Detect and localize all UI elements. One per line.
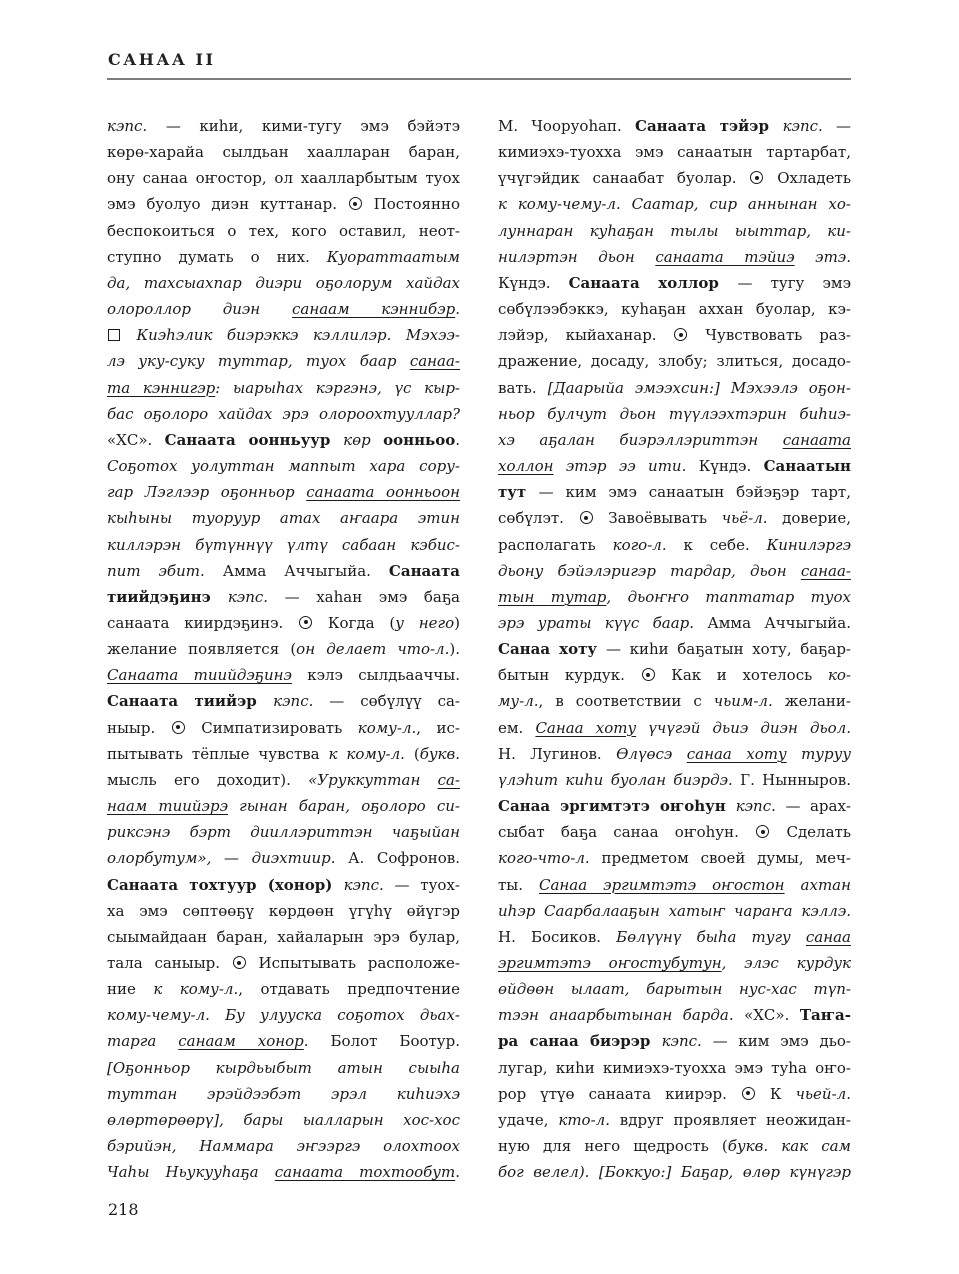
- circled-dot-icon: [349, 197, 362, 210]
- text-span: .: [455, 431, 460, 449]
- page-title: САНАА II: [108, 50, 215, 69]
- text-span: пытывать тёплые чувства: [107, 745, 329, 763]
- dictionary-page: САНАА II кэпс. — киһи, кими-тугу эмэ бэй…: [0, 0, 959, 1274]
- text-line: удаче, кто-л. вдруг проявляет неожидан-: [498, 1107, 851, 1133]
- text-span: вдруг проявляет неожидан-: [610, 1111, 851, 1129]
- text-line: лугар, киһи кимиэхэ-туохха эмэ туһа оҥо-: [498, 1055, 851, 1081]
- text-span: олорбутум», — диэхтиир.: [107, 849, 348, 867]
- text-span: Таҥа-: [800, 1006, 851, 1024]
- text-span: санаа хоту: [687, 745, 787, 763]
- text-span: чьё-л.: [722, 509, 768, 527]
- text-span: санаам кэннибэр: [292, 300, 455, 318]
- text-line: ты. Санаа эргимтэтэ оҥостон ахтан: [498, 872, 851, 898]
- square-icon: [108, 329, 120, 341]
- text-line: кимиэхэ-туохха эмэ санаатын тартарбат,: [498, 139, 851, 165]
- text-span: кыһыны туоруур атах аҥаара этин: [107, 509, 460, 527]
- text-line: бог велел). [Боккуо:] Баҕар, өлөр күнүгэ…: [498, 1159, 851, 1185]
- text-line: Чаһы Ньукууһаҕа санаата тохтообут.: [107, 1159, 460, 1185]
- text-line: сөбүлээбэккэ, куһаҕан аххан буолар, кэ-: [498, 296, 851, 322]
- text-span: мысль его доходит).: [107, 771, 308, 789]
- circled-dot-icon: [642, 668, 655, 681]
- text-span: Амма Аччыгыйа.: [707, 614, 851, 632]
- text-line: үлэһит киһи буолан биэрдэ. Г. Нынныров.: [498, 767, 851, 793]
- text-span: ступно думать о них.: [107, 248, 327, 266]
- text-span: кэпс.: [273, 692, 329, 710]
- text-span: Санаата тиийдэҕинэ: [107, 666, 292, 684]
- text-span: бас оҕолоро хайдах эрэ олороохтууллар?: [107, 405, 460, 423]
- text-line: тын тутар, дьоҥҥо таптатар туох: [498, 584, 851, 610]
- text-span: Санаата оонньуур: [165, 431, 344, 449]
- text-span: Сделать: [770, 823, 851, 841]
- text-span: чьим-л.: [714, 692, 773, 710]
- text-span: Когда (: [313, 614, 395, 632]
- text-line: эрэ ураты күүс баар. Амма Аччыгыйа.: [498, 610, 851, 636]
- text-span: кэлэ сылдьааччы.: [292, 666, 460, 684]
- text-span: к себе.: [667, 536, 767, 554]
- text-span: Санаа хоту: [535, 719, 636, 737]
- text-span: бэрийэн, Наммара эҥээргэ олохтоох: [107, 1137, 460, 1155]
- text-span: , в соответствии с: [539, 692, 714, 710]
- circled-dot-icon: [742, 1087, 755, 1100]
- text-line: лэйэр, кыйаханар. Чувствовать раз-: [498, 322, 851, 348]
- running-header: САНАА II: [107, 46, 851, 78]
- text-span: Санаата: [389, 562, 460, 580]
- text-span: Чаһы Ньукууһаҕа: [107, 1163, 275, 1181]
- circled-dot-icon: [750, 171, 763, 184]
- text-span: кого-л.: [613, 536, 667, 554]
- text-span: . Болот Боотур.: [304, 1032, 460, 1050]
- text-span: олороллор диэн: [107, 300, 292, 318]
- circled-dot-icon: [172, 721, 185, 734]
- text-span: букв. как сам: [728, 1137, 851, 1155]
- text-span: желани-: [773, 692, 851, 710]
- text-span: Санаата холлор: [569, 274, 738, 292]
- text-span: тала саныыр.: [107, 954, 232, 972]
- text-line: к кому-чему-л. Саатар, сир аннынан хо-: [498, 191, 851, 217]
- text-span: кому-чему-л. Бу улууска соҕотох дьах-: [107, 1006, 460, 1024]
- text-span: кэпс.: [228, 588, 285, 606]
- text-line: мысль его доходит). «Уруккуттан са-: [107, 767, 460, 793]
- text-span: Амма Аччыгыйа.: [223, 562, 389, 580]
- text-span: бог велел). [Боккуо:] Баҕар, өлөр күнүгэ…: [498, 1163, 851, 1181]
- text-span: Охладеть: [764, 169, 851, 187]
- text-span: этэ.: [795, 248, 851, 266]
- text-line: пит эбит. Амма Аччыгыйа. Санаата: [107, 558, 460, 584]
- text-span: Киэһэлик биэрэккэ кэллилэр. Мэхээ-: [122, 326, 460, 344]
- text-span: киллэрэн бүтүннүү үлтү сабаан кэбис-: [107, 536, 460, 554]
- text-span: кто-л.: [558, 1111, 610, 1129]
- circled-dot-icon: [233, 956, 246, 969]
- page-number: 218: [107, 1200, 851, 1219]
- text-line: бэрийэн, Наммара эҥээргэ олохтоох: [107, 1133, 460, 1159]
- text-span: , элэс курдук: [722, 954, 851, 972]
- text-span: дражение, досаду, злобу; злиться, досадо…: [498, 352, 851, 370]
- text-span: вать.: [498, 379, 548, 397]
- text-span: санаа-: [410, 352, 460, 370]
- text-columns: кэпс. — киһи, кими-тугу эмэ бэйэтэкөрө-х…: [107, 113, 851, 1185]
- text-line: холлон этэр ээ ити. Күндэ. Санаатын: [498, 453, 851, 479]
- text-span: му-л.: [498, 692, 539, 710]
- text-line: гар Лэглээр оҕонньор санаата оонньоон: [107, 479, 460, 505]
- text-span: —: [836, 117, 851, 135]
- text-span: : ыарыһах кэргэнэ, үс кыр-: [215, 379, 460, 397]
- text-span: үлэһит киһи буолан биэрдэ.: [498, 771, 740, 789]
- text-line: тиийдэҕинэ кэпс. — хаһан эмэ баҕа: [107, 584, 460, 610]
- text-span: располагать: [498, 536, 613, 554]
- text-span: са-: [438, 771, 460, 789]
- text-line: ем. Санаа хоту үчүгэй дьиэ диэн дьол.: [498, 715, 851, 741]
- text-span: Санаатын: [764, 457, 851, 475]
- text-line: тут — ким эмэ санаатын бэйэҕэр тарт,: [498, 479, 851, 505]
- text-line: Санаа хоту — киһи баҕатын хоту, баҕар-: [498, 636, 851, 662]
- text-span: ко-: [828, 666, 851, 684]
- text-span: кимиэхэ-туохха эмэ санаатын тартарбат,: [498, 143, 851, 161]
- text-span: .: [455, 300, 460, 318]
- text-span: — сөбүлүү са-: [329, 692, 460, 710]
- text-span: удаче,: [498, 1111, 558, 1129]
- text-line: тээн анаарбытынан барда. «ХС». Таҥа-: [498, 1002, 851, 1028]
- circled-dot-icon: [674, 328, 687, 341]
- text-line: бас оҕолоро хайдах эрэ олороохтууллар?: [107, 401, 460, 427]
- text-span: да, тахсыахпар диэри оҕолорум хайдах: [107, 274, 460, 292]
- text-span: гар Лэглээр оҕонньор: [107, 483, 306, 501]
- text-line: ступно думать о них. Куораттаатым: [107, 244, 460, 270]
- text-span: Симпатизировать: [186, 719, 358, 737]
- text-line: Киэһэлик биэрэккэ кэллилэр. Мэхээ-: [107, 322, 460, 348]
- text-span: (: [405, 745, 420, 763]
- text-span: — ким эмэ дьо-: [713, 1032, 851, 1050]
- text-span: — ким эмэ санаатын бэйэҕэр тарт,: [539, 483, 851, 501]
- text-span: туттан эрэйдээбэт эрэл киһиэхэ: [107, 1085, 460, 1103]
- text-line: М. Чооруоһап. Санаата тэйэр кэпс. —: [498, 113, 851, 139]
- text-span: кого-что-л.: [498, 849, 590, 867]
- text-span: хэ аҕалан биэрэллэриттэн: [498, 431, 783, 449]
- text-line: дьону бэйэлэригэр тардар, дьон санаа-: [498, 558, 851, 584]
- text-line: ра санаа биэрэр кэпс. — ким эмэ дьо-: [498, 1028, 851, 1054]
- text-span: Санаа эргимтэтэ оҥоһун: [498, 797, 736, 815]
- text-line: тарга санаам хонор. Болот Боотур.: [107, 1028, 460, 1054]
- text-span: кэпс.: [107, 117, 166, 135]
- text-span: Күндэ.: [699, 457, 764, 475]
- text-span: санаа: [806, 928, 851, 946]
- text-span: , дьоҥҥо таптатар туох: [606, 588, 851, 606]
- text-span: холлон: [498, 457, 554, 475]
- text-line: хэ аҕалан биэрэллэриттэн санаата: [498, 427, 851, 453]
- text-line: кого-что-л. предметом своей думы, меч-: [498, 845, 851, 871]
- text-line: сыбат баҕа санаа оҥоһун. Сделать: [498, 819, 851, 845]
- text-line: риксэнэ бэрт дииллэриттэн чаҕыйан: [107, 819, 460, 845]
- text-span: ахтан: [785, 876, 851, 894]
- text-span: тын тутар: [498, 588, 606, 606]
- text-span: санаата киирдэҕинэ.: [107, 614, 298, 632]
- text-line: туттан эрэйдээбэт эрэл киһиэхэ: [107, 1081, 460, 1107]
- text-span: ха эмэ сөптөөҕү көрдөөн үгүһү өйүгэр: [107, 902, 460, 920]
- text-line: өлөртөрөөрү], бары ыалларын хос-хос: [107, 1107, 460, 1133]
- text-span: Г. Нынныров.: [740, 771, 851, 789]
- circled-dot-icon: [756, 825, 769, 838]
- text-span: рор үтүө санаата киирэр.: [498, 1085, 741, 1103]
- text-span: к кому-л.: [153, 980, 238, 998]
- text-span: үчүгэйдик санаабат буолар.: [498, 169, 749, 187]
- text-span: у него: [395, 614, 454, 632]
- text-line: желание появляется (он делает что-л.).: [107, 636, 460, 662]
- text-span: лэйэр, кыйаханар.: [498, 326, 673, 344]
- text-span: санаата тэйиэ: [655, 248, 794, 266]
- text-line: Санаа эргимтэтэ оҥоһун кэпс. — арах-: [498, 793, 851, 819]
- text-span: к кому-л.: [329, 745, 405, 763]
- text-span: санаата тохтообут: [275, 1163, 455, 1181]
- text-span: ).: [449, 640, 460, 658]
- text-line: Санаата тохтуур (хонор) кэпс. — туох-: [107, 872, 460, 898]
- text-span: санаата: [783, 431, 851, 449]
- text-span: Испытывать расположе-: [247, 954, 460, 972]
- text-span: сыбат баҕа санаа оҥоһун.: [498, 823, 755, 841]
- text-line: дражение, досаду, злобу; злиться, досадо…: [498, 348, 851, 374]
- text-span: оонньоо: [383, 431, 455, 449]
- text-span: желание появляется (: [107, 640, 296, 658]
- text-line: киллэрэн бүтүннүү үлтү сабаан кэбис-: [107, 532, 460, 558]
- text-line: кому-чему-л. Бу улууска соҕотох дьах-: [107, 1002, 460, 1028]
- text-span: Завоёвывать: [594, 509, 722, 527]
- text-span: сыымайдаан баран, хайаларын эрэ булар,: [107, 928, 460, 946]
- text-line: да, тахсыахпар диэри оҕолорум хайдах: [107, 270, 460, 296]
- text-span: ньор булчут дьон түүлээхтэрин биһиэ-: [498, 405, 851, 423]
- text-span: — тугу эмэ: [737, 274, 851, 292]
- text-span: тут: [498, 483, 539, 501]
- text-line: пытывать тёплые чувства к кому-л. (букв.: [107, 741, 460, 767]
- text-line: эргимтэтэ оҥостубутун, элэс курдук: [498, 950, 851, 976]
- text-line: сыымайдаан баран, хайаларын эрэ булар,: [107, 924, 460, 950]
- text-span: эрэ ураты күүс баар.: [498, 614, 707, 632]
- column-left: кэпс. — киһи, кими-тугу эмэ бэйэтэкөрө-х…: [107, 113, 460, 1185]
- text-line: лэ уку-суку туттар, туох баар санаа-: [107, 348, 460, 374]
- text-span: Как и хотелось: [656, 666, 828, 684]
- text-span: кому-л.: [358, 719, 417, 737]
- text-span: — киһи баҕатын хоту, баҕар-: [606, 640, 851, 658]
- text-line: сөбүлэт. Завоёвывать чьё-л. доверие,: [498, 505, 851, 531]
- text-line: располагать кого-л. к себе. Кинилэргэ: [498, 532, 851, 558]
- text-span: — киһи, кими-тугу эмэ бэйэтэ: [166, 117, 460, 135]
- text-span: ем.: [498, 719, 535, 737]
- text-span: ты.: [498, 876, 539, 894]
- text-span: Санаа хоту: [498, 640, 606, 658]
- circled-dot-icon: [299, 616, 312, 629]
- text-line: Санаата тиийдэҕинэ кэлэ сылдьааччы.: [107, 662, 460, 688]
- text-span: наам тиийэрэ: [107, 797, 228, 815]
- text-line: та кэннигэр: ыарыһах кэргэнэ, үс кыр-: [107, 375, 460, 401]
- text-line: тала саныыр. Испытывать расположе-: [107, 950, 460, 976]
- text-line: кыһыны туоруур атах аҥаара этин: [107, 505, 460, 531]
- text-line: санаата киирдэҕинэ. Когда (у него): [107, 610, 460, 636]
- text-line: кэпс. — киһи, кими-тугу эмэ бэйэтэ: [107, 113, 460, 139]
- text-span: кэпс.: [344, 876, 395, 894]
- text-span: тиийдэҕинэ: [107, 588, 228, 606]
- text-span: пит эбит.: [107, 562, 223, 580]
- text-span: «ХС».: [107, 431, 165, 449]
- text-span: «ХС».: [744, 1006, 800, 1024]
- text-span: доверие,: [768, 509, 851, 527]
- text-span: Санаата тиийэр: [107, 692, 273, 710]
- text-line: иһэр Саарбалааҕын хатыҥ чараҥа кэллэ.: [498, 898, 851, 924]
- text-line: Соҕотох уолуттан маппыт хара сору-: [107, 453, 460, 479]
- text-span: этэр ээ ити.: [554, 457, 699, 475]
- text-span: ра санаа биэрэр: [498, 1032, 662, 1050]
- text-span: дьону бэйэлэригэр тардар, дьон: [498, 562, 801, 580]
- text-span: гынан баран, оҕолоро си-: [228, 797, 460, 815]
- text-span: луннаран куһаҕан тылы ыыттар, ки-: [498, 222, 851, 240]
- text-span: тарга: [107, 1032, 178, 1050]
- text-span: , отдавать предпочтение: [238, 980, 460, 998]
- text-line: олорбутум», — диэхтиир. А. Софронов.: [107, 845, 460, 871]
- text-span: кэпс.: [783, 117, 836, 135]
- text-span: [Оҕонньор кырдьыбыт атын сыыһа: [107, 1059, 460, 1077]
- text-span: [Даарыйа эмээхсин:] Мэхээлэ оҕон-: [548, 379, 851, 397]
- text-span: эргимтэтэ оҥостубутун: [498, 954, 722, 972]
- text-span: үчүгэй дьиэ диэн дьол.: [636, 719, 851, 737]
- header-rule: [107, 78, 851, 80]
- text-span: Н. Лугинов.: [498, 745, 616, 763]
- text-span: өйдөөн ылаат, барытын нус-хас түп-: [498, 980, 851, 998]
- text-span: — туох-: [395, 876, 460, 894]
- text-span: , ис-: [416, 719, 460, 737]
- text-span: ныыр.: [107, 719, 171, 737]
- text-line: ние к кому-л., отдавать предпочтение: [107, 976, 460, 1002]
- text-line: ха эмэ сөптөөҕү көрдөөн үгүһү өйүгэр: [107, 898, 460, 924]
- text-line: көрө-харайа сылдьан хаалларан баран,: [107, 139, 460, 165]
- text-line: ную для него щедрость (букв. как сам: [498, 1133, 851, 1159]
- text-line: беспокоиться о тех, кого оставил, неот-: [107, 218, 460, 244]
- circled-dot-icon: [580, 511, 593, 524]
- text-span: М. Чооруоһап.: [498, 117, 635, 135]
- text-span: Санаата тохтуур (хонор): [107, 876, 344, 894]
- text-span: Чувствовать раз-: [688, 326, 851, 344]
- text-span: кэпс.: [662, 1032, 713, 1050]
- text-span: санаа-: [801, 562, 851, 580]
- text-span: лугар, киһи кимиэхэ-туохха эмэ туһа оҥо-: [498, 1059, 851, 1077]
- text-line: луннаран куһаҕан тылы ыыттар, ки-: [498, 218, 851, 244]
- text-span: Санаа эргимтэтэ оҥостон: [539, 876, 785, 894]
- text-span: көрө-харайа сылдьан хаалларан баран,: [107, 143, 460, 161]
- text-span: букв.: [420, 745, 460, 763]
- text-line: Н. Лугинов. Өлүөсэ санаа хоту туруу: [498, 741, 851, 767]
- text-line: үчүгэйдик санаабат буолар. Охладеть: [498, 165, 851, 191]
- text-line: му-л., в соответствии с чьим-л. желани-: [498, 688, 851, 714]
- text-line: ныыр. Симпатизировать кому-л., ис-: [107, 715, 460, 741]
- text-span: Өлүөсэ: [616, 745, 687, 763]
- text-span: кэпс.: [736, 797, 786, 815]
- text-line: Санаата тиийэр кэпс. — сөбүлүү са-: [107, 688, 460, 714]
- text-span: Н. Босиков.: [498, 928, 616, 946]
- column-right: М. Чооруоһап. Санаата тэйэр кэпс. —кимиэ…: [498, 113, 851, 1185]
- text-span: ): [454, 614, 460, 632]
- text-span: санаата оонньоон: [306, 483, 460, 501]
- text-line: бытын курдук. Как и хотелось ко-: [498, 662, 851, 688]
- text-line: нилэртэн дьон санаата тэйиэ этэ.: [498, 244, 851, 270]
- text-line: «ХС». Санаата оонньуур көр оонньоо.: [107, 427, 460, 453]
- text-span: чьей-л.: [796, 1085, 851, 1103]
- text-span: «Уруккуттан: [308, 771, 437, 789]
- text-line: вать. [Даарыйа эмээхсин:] Мэхээлэ оҕон-: [498, 375, 851, 401]
- text-span: өлөртөрөөрү], бары ыалларын хос-хос: [107, 1111, 460, 1129]
- text-line: эмэ буолуо диэн куттанар. Постоянно: [107, 191, 460, 217]
- text-span: .: [455, 1163, 460, 1181]
- text-span: он делает что-л.: [296, 640, 449, 658]
- text-span: ную для него щедрость (: [498, 1137, 728, 1155]
- text-line: ону санаа оҥостор, ол хаалларбытым туох: [107, 165, 460, 191]
- text-span: Куораттаатым: [327, 248, 460, 266]
- text-line: олороллор диэн санаам кэннибэр.: [107, 296, 460, 322]
- text-line: наам тиийэрэ гынан баран, оҕолоро си-: [107, 793, 460, 819]
- text-span: туруу: [787, 745, 851, 763]
- text-span: сөбүлээбэккэ, куһаҕан аххан буолар, кэ-: [498, 300, 851, 318]
- text-span: санаам хонор: [178, 1032, 304, 1050]
- text-line: Н. Босиков. Бөлүүнү быһа тугу санаа: [498, 924, 851, 950]
- text-span: бытын курдук.: [498, 666, 641, 684]
- text-span: ние: [107, 980, 153, 998]
- text-span: риксэнэ бэрт дииллэриттэн чаҕыйан: [107, 823, 460, 841]
- text-line: өйдөөн ылаат, барытын нус-хас түп-: [498, 976, 851, 1002]
- text-span: Күндэ.: [498, 274, 569, 292]
- text-span: та кэннигэр: [107, 379, 215, 397]
- text-line: [Оҕонньор кырдьыбыт атын сыыһа: [107, 1055, 460, 1081]
- text-span: эмэ буолуо диэн куттанар.: [107, 195, 348, 213]
- text-span: предметом своей думы, меч-: [590, 849, 851, 867]
- text-line: ньор булчут дьон түүлээхтэрин биһиэ-: [498, 401, 851, 427]
- text-span: иһэр Саарбалааҕын хатыҥ чараҥа кэллэ.: [498, 902, 851, 920]
- text-span: беспокоиться о тех, кого оставил, неот-: [107, 222, 460, 240]
- text-line: Күндэ. Санаата холлор — тугу эмэ: [498, 270, 851, 296]
- text-span: тээн анаарбытынан барда.: [498, 1006, 744, 1024]
- text-span: — хаһан эмэ баҕа: [285, 588, 460, 606]
- text-span: К: [756, 1085, 796, 1103]
- text-span: сөбүлэт.: [498, 509, 579, 527]
- text-span: Бөлүүнү быһа тугу: [616, 928, 806, 946]
- text-line: рор үтүө санаата киирэр. К чьей-л.: [498, 1081, 851, 1107]
- text-span: А. Софронов.: [348, 849, 460, 867]
- text-span: көр: [343, 431, 383, 449]
- text-span: ону санаа оҥостор, ол хаалларбытым туох: [107, 169, 460, 187]
- text-span: Кинилэргэ: [767, 536, 851, 554]
- text-span: нилэртэн дьон: [498, 248, 655, 266]
- text-span: Постоянно: [363, 195, 460, 213]
- text-span: — арах-: [785, 797, 851, 815]
- text-span: Соҕотох уолуттан маппыт хара сору-: [107, 457, 460, 475]
- text-span: лэ уку-суку туттар, туох баар: [107, 352, 410, 370]
- text-span: Санаата тэйэр: [635, 117, 783, 135]
- text-span: к кому-чему-л. Саатар, сир аннынан хо-: [498, 195, 851, 213]
